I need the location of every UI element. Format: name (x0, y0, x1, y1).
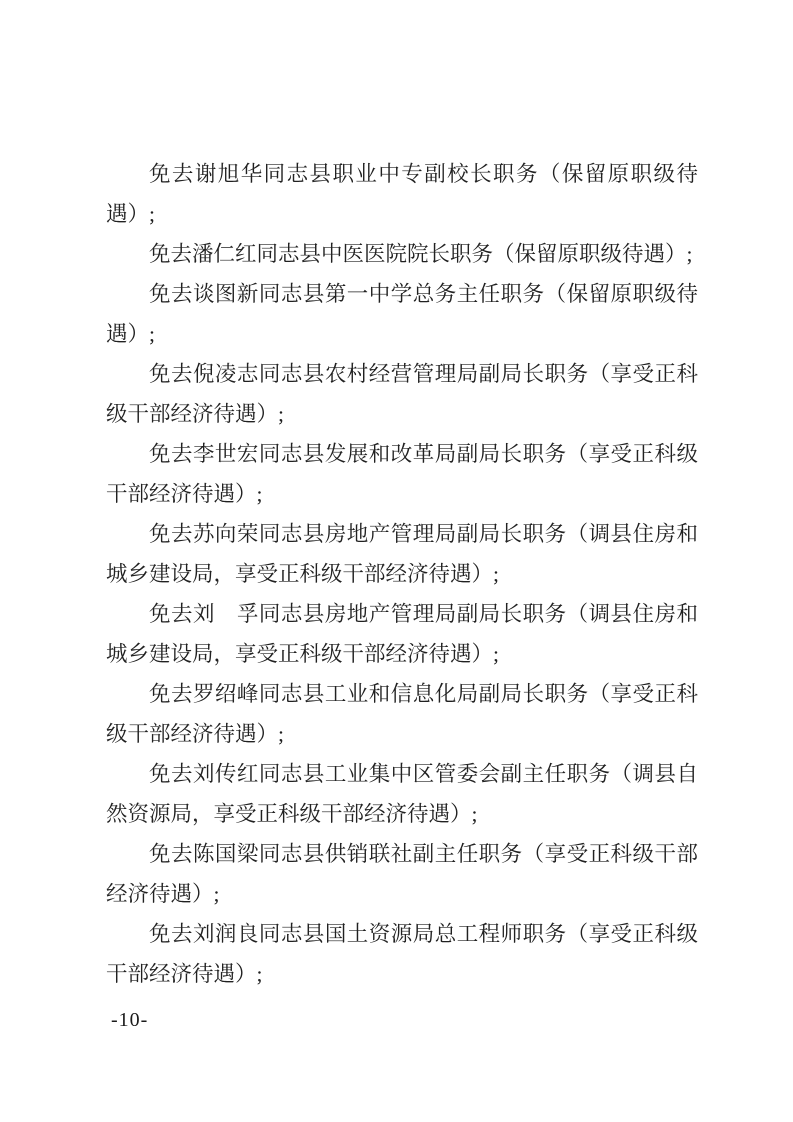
document-line: 遇）; (106, 194, 698, 234)
document-line: 干部经济待遇）; (106, 954, 698, 994)
document-line: 级干部经济待遇）; (106, 714, 698, 754)
document-line: 城乡建设局，享受正科级干部经济待遇）; (106, 634, 698, 674)
document-line: 免去李世宏同志县发展和改革局副局长职务（享受正科级 (106, 434, 698, 474)
document-line: 城乡建设局，享受正科级干部经济待遇）; (106, 554, 698, 594)
document-line: 经济待遇）; (106, 874, 698, 914)
page-number: -10- (111, 1007, 148, 1033)
document-page: 免去谢旭华同志县职业中专副校长职务（保留原职级待遇）;免去潘仁红同志县中医医院院… (0, 0, 793, 1122)
document-line: 免去谢旭华同志县职业中专副校长职务（保留原职级待 (106, 154, 698, 194)
document-line: 免去倪凌志同志县农村经营管理局副局长职务（享受正科 (106, 354, 698, 394)
document-line: 级干部经济待遇）; (106, 394, 698, 434)
document-line: 然资源局，享受正科级干部经济待遇）; (106, 794, 698, 834)
document-line: 免去刘润良同志县国土资源局总工程师职务（享受正科级 (106, 914, 698, 954)
document-line: 免去罗绍峰同志县工业和信息化局副局长职务（享受正科 (106, 674, 698, 714)
document-body: 免去谢旭华同志县职业中专副校长职务（保留原职级待遇）;免去潘仁红同志县中医医院院… (106, 154, 698, 994)
document-line: 免去潘仁红同志县中医医院院长职务（保留原职级待遇）; (106, 234, 698, 274)
document-line: 免去苏向荣同志县房地产管理局副局长职务（调县住房和 (106, 514, 698, 554)
document-line: 遇）; (106, 314, 698, 354)
document-line: 干部经济待遇）; (106, 474, 698, 514)
document-line: 免去陈国梁同志县供销联社副主任职务（享受正科级干部 (106, 834, 698, 874)
document-line: 免去谈图新同志县第一中学总务主任职务（保留原职级待 (106, 274, 698, 314)
document-line: 免去刘传红同志县工业集中区管委会副主任职务（调县自 (106, 754, 698, 794)
document-line: 免去刘 孚同志县房地产管理局副局长职务（调县住房和 (106, 594, 698, 634)
